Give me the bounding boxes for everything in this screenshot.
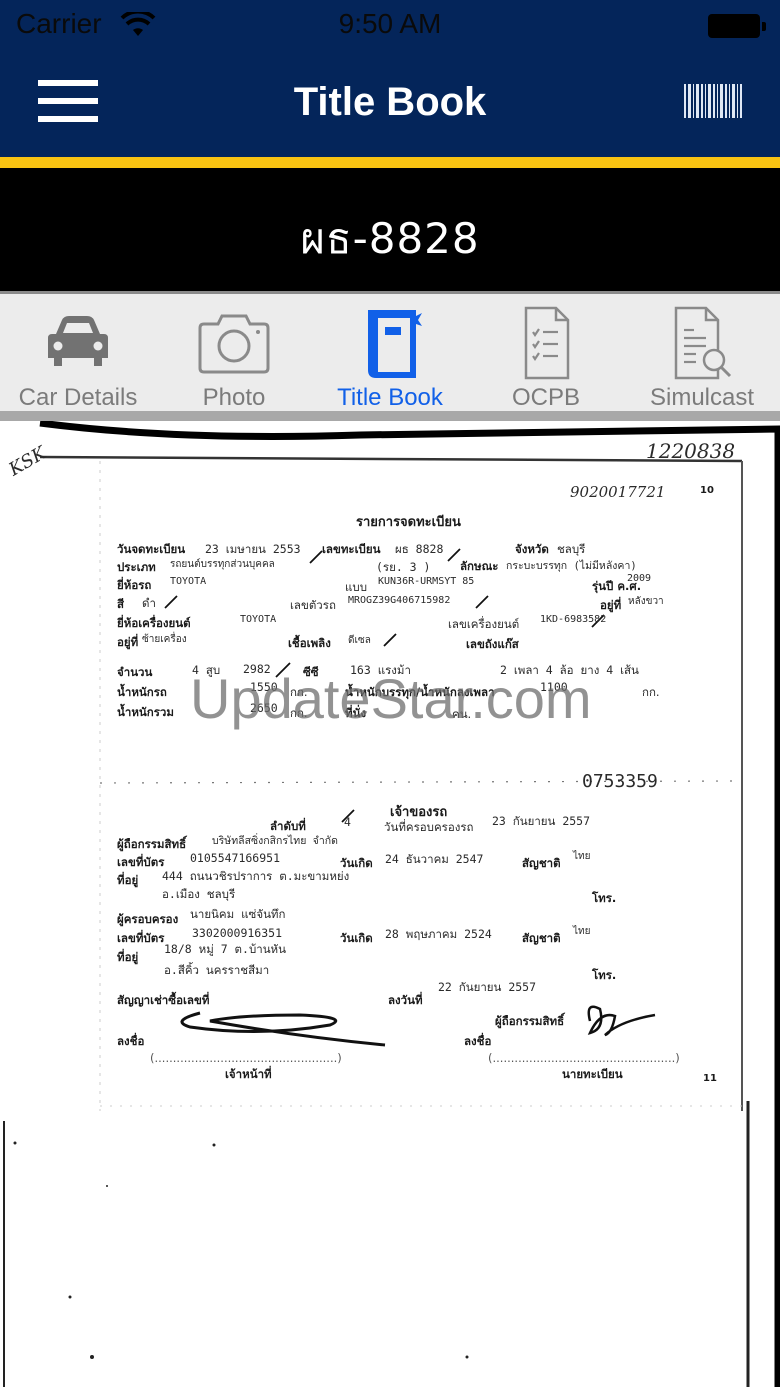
tab-bar-shadow bbox=[0, 411, 780, 421]
field-label: วันที่ครอบครองรถ bbox=[384, 819, 474, 837]
field-label: ประเภท bbox=[117, 559, 156, 577]
field-label: ที่อยู่ bbox=[117, 872, 138, 890]
field-label: สัญชาติ bbox=[522, 930, 561, 948]
checklist-document-icon bbox=[506, 304, 586, 380]
field-label: ลงชื่อ bbox=[117, 1033, 144, 1051]
holder-dob: 28 พฤษภาคม 2524 bbox=[385, 926, 492, 944]
field-label: อยู่ที่ bbox=[117, 634, 138, 652]
owner-dob: 24 ธันวาคม 2547 bbox=[385, 851, 483, 869]
vehicle-weight: 1550 bbox=[250, 680, 278, 694]
tab-bar: Car Details Photo Title Book bbox=[0, 291, 780, 414]
field-label: อยู่ที่ bbox=[600, 597, 621, 615]
app-screen: Carrier 9:50 AM Title Book bbox=[0, 0, 780, 1387]
car-icon bbox=[38, 304, 118, 380]
owner-id: 0105547166951 bbox=[190, 851, 280, 865]
sign-date: 22 กันยายน 2557 bbox=[438, 979, 536, 997]
engine-cc: 2982 bbox=[243, 662, 271, 676]
field-label: โทร. bbox=[592, 890, 616, 908]
vehicle-type: รถยนต์บรรทุกส่วนบุคคล bbox=[170, 557, 275, 572]
field-label: สัญญาเช่าซื้อเลขที่ bbox=[117, 992, 209, 1010]
engine-brand: TOYOTA bbox=[240, 614, 276, 625]
field-label: เลขที่บัตร bbox=[117, 854, 164, 872]
field-label: ผู้ถือกรรมสิทธิ์ bbox=[495, 1013, 564, 1031]
tab-label: Title Book bbox=[312, 384, 468, 412]
owner-address-line2: อ.เมือง ชลบุรี bbox=[162, 886, 235, 904]
field-label: ลักษณะ bbox=[460, 558, 498, 576]
vehicle-model: KUN36R-URMSYT 85 bbox=[378, 576, 474, 587]
status-time: 9:50 AM bbox=[0, 8, 780, 40]
tab-title-book[interactable]: Title Book bbox=[312, 294, 468, 414]
license-plate-number: ผธ-8828 bbox=[0, 206, 780, 272]
possession-date: 23 กันยายน 2557 bbox=[492, 813, 590, 831]
field-label: ลงชื่อ bbox=[464, 1033, 491, 1051]
tab-label: Photo bbox=[156, 384, 312, 412]
signature-line-right: (.......................................… bbox=[488, 1051, 680, 1065]
field-label: ที่นั่ง bbox=[345, 705, 366, 723]
field-label: ซีซี bbox=[303, 664, 319, 682]
axles-wheels: 2 เพลา 4 ล้อ ยาง 4 เส้น bbox=[500, 662, 639, 680]
vehicle-color: ดำ bbox=[142, 595, 156, 613]
field-label: ลงวันที่ bbox=[388, 992, 423, 1010]
tab-label: Car Details bbox=[0, 384, 156, 412]
holder-id: 3302000916351 bbox=[192, 926, 282, 940]
unit-label: กก. bbox=[290, 705, 308, 723]
fuel-type: ดีเซล bbox=[348, 633, 371, 648]
signature-line-left: (.......................................… bbox=[150, 1051, 342, 1065]
owner-name: บริษัทลีสซิ่งกสิกรไทย จำกัด bbox=[212, 832, 338, 849]
horsepower: 163 แรงม้า bbox=[350, 662, 411, 680]
owner-address-line1: 444 ถนนวชิรปราการ ต.มะขามหย่ง bbox=[162, 868, 349, 886]
holder-name: นายนิคม แซ่จันทึก bbox=[190, 906, 285, 924]
unit-label: คน. bbox=[452, 706, 471, 724]
chassis-number: MROGZ39G406715982 bbox=[348, 595, 450, 606]
barcode-scan-icon[interactable] bbox=[684, 84, 742, 118]
vehicle-brand: TOYOTA bbox=[170, 576, 206, 587]
status-bar: Carrier 9:50 AM bbox=[0, 0, 780, 50]
owner-order: 4 bbox=[344, 815, 351, 829]
tab-label: Simulcast bbox=[624, 384, 780, 412]
field-label: เลขเครื่องยนต์ bbox=[448, 616, 519, 634]
nav-header: Carrier 9:50 AM Title Book bbox=[0, 0, 780, 157]
field-label: ที่อยู่ bbox=[117, 949, 138, 967]
field-label: ยี่ห้อเครื่องยนต์ bbox=[117, 615, 191, 633]
document-search-icon bbox=[662, 304, 742, 380]
field-label: เชื้อเพลิง bbox=[288, 635, 331, 653]
camera-icon bbox=[194, 304, 274, 380]
unit-label: กก. bbox=[290, 684, 308, 702]
tab-simulcast[interactable]: Simulcast bbox=[624, 294, 780, 414]
serial-number: 0753359 bbox=[582, 771, 658, 792]
field-label: น้ำหนักรวม bbox=[117, 704, 174, 722]
book-icon bbox=[350, 304, 430, 380]
holder-address-line1: 18/8 หมู่ 7 ต.บ้านหัน bbox=[164, 941, 286, 959]
field-label: สัญชาติ bbox=[522, 855, 561, 873]
field-label: ยี่ห้อรถ bbox=[117, 577, 151, 595]
battery-icon bbox=[708, 14, 766, 38]
tab-ocpb[interactable]: OCPB bbox=[468, 294, 624, 414]
field-label: จำนวน bbox=[117, 664, 152, 682]
license-plate-banner: ผธ-8828 bbox=[0, 168, 780, 291]
vehicle-type-code: (รย. 3 ) bbox=[376, 559, 430, 577]
owner-nationality: ไทย bbox=[573, 849, 590, 864]
total-weight: 2650 bbox=[250, 701, 278, 715]
field-label: เลขตัวรถ bbox=[290, 597, 336, 615]
field-label: สี bbox=[117, 596, 124, 614]
field-label: น้ำหนักรถ bbox=[117, 684, 167, 702]
field-label: น้ำหนักบรรทุก/น้ำหนักลงเพลา bbox=[345, 684, 495, 702]
accent-divider bbox=[0, 157, 780, 168]
section-title-registration: รายการจดทะเบียน bbox=[356, 511, 461, 532]
page-title: Title Book bbox=[0, 80, 780, 125]
holder-nationality: ไทย bbox=[573, 924, 590, 939]
handwritten-number: 1220838 bbox=[646, 439, 735, 463]
model-year: 2009 bbox=[627, 573, 651, 584]
load-weight: 1100 bbox=[540, 680, 568, 694]
cylinders: 4 สูบ bbox=[192, 662, 220, 680]
tab-label: OCPB bbox=[468, 384, 624, 412]
field-label: วันเกิด bbox=[340, 930, 373, 948]
tab-car-details[interactable]: Car Details bbox=[0, 294, 156, 414]
field-label: เจ้าหน้าที่ bbox=[225, 1066, 272, 1084]
field-label: โทร. bbox=[592, 967, 616, 985]
page-number-bottom: 11 bbox=[703, 1073, 717, 1084]
registration-number: ผธ 8828 bbox=[395, 541, 443, 559]
field-label: นายทะเบียน bbox=[562, 1066, 623, 1084]
field-label: เลขที่บัตร bbox=[117, 930, 164, 948]
page-number-top: 10 bbox=[700, 485, 714, 496]
chassis-location: หลังขวา bbox=[628, 594, 664, 609]
handwritten-reference: 9020017721 bbox=[570, 483, 665, 501]
engine-location: ซ้ายเครื่อง bbox=[142, 632, 187, 647]
vehicle-style: กระบะบรรทุก (ไม่มีหลังคา) bbox=[506, 557, 637, 574]
field-label: ผู้ถือกรรมสิทธิ์ bbox=[117, 836, 186, 854]
unit-label: กก. bbox=[642, 684, 660, 702]
holder-address-line2: อ.สีคิ้ว นครราชสีมา bbox=[164, 962, 269, 980]
title-book-scan[interactable]: KSK 1220838 9020017721 10 รายการจดทะเบีย… bbox=[0, 421, 780, 1387]
field-label: ผู้ครอบครอง bbox=[117, 911, 178, 929]
engine-number: 1KD-6983582 bbox=[540, 614, 606, 625]
field-label: เลขทะเบียน bbox=[322, 541, 380, 559]
field-label: เลขถังแก๊ส bbox=[466, 636, 519, 654]
tab-photo[interactable]: Photo bbox=[156, 294, 312, 414]
